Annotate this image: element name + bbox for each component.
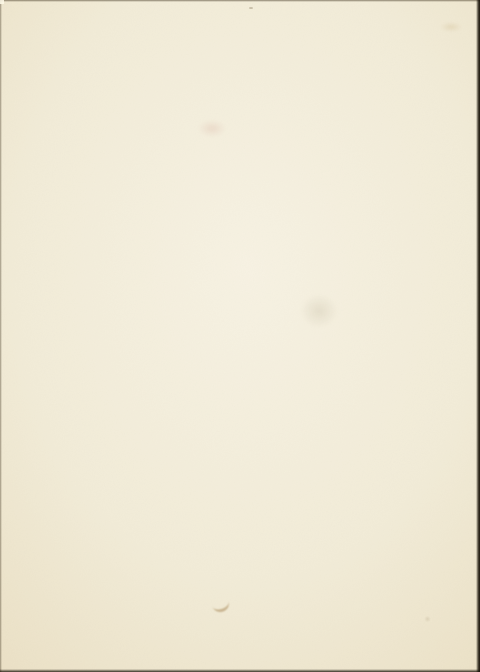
scan-edge-right bbox=[476, 0, 480, 672]
paper-grain-texture bbox=[0, 0, 480, 672]
scan-edge-left bbox=[0, 0, 2, 672]
corner-notch bbox=[0, 0, 4, 4]
faint-spot bbox=[424, 616, 431, 622]
faint-pink-stain bbox=[198, 120, 226, 137]
crescent-pencil-mark bbox=[210, 594, 231, 614]
faint-gray-smudge bbox=[300, 294, 338, 328]
scanned-blank-page bbox=[0, 0, 480, 672]
faint-tan-smudge bbox=[440, 22, 462, 32]
scan-edge-top bbox=[0, 0, 480, 2]
dust-speck bbox=[249, 7, 253, 9]
